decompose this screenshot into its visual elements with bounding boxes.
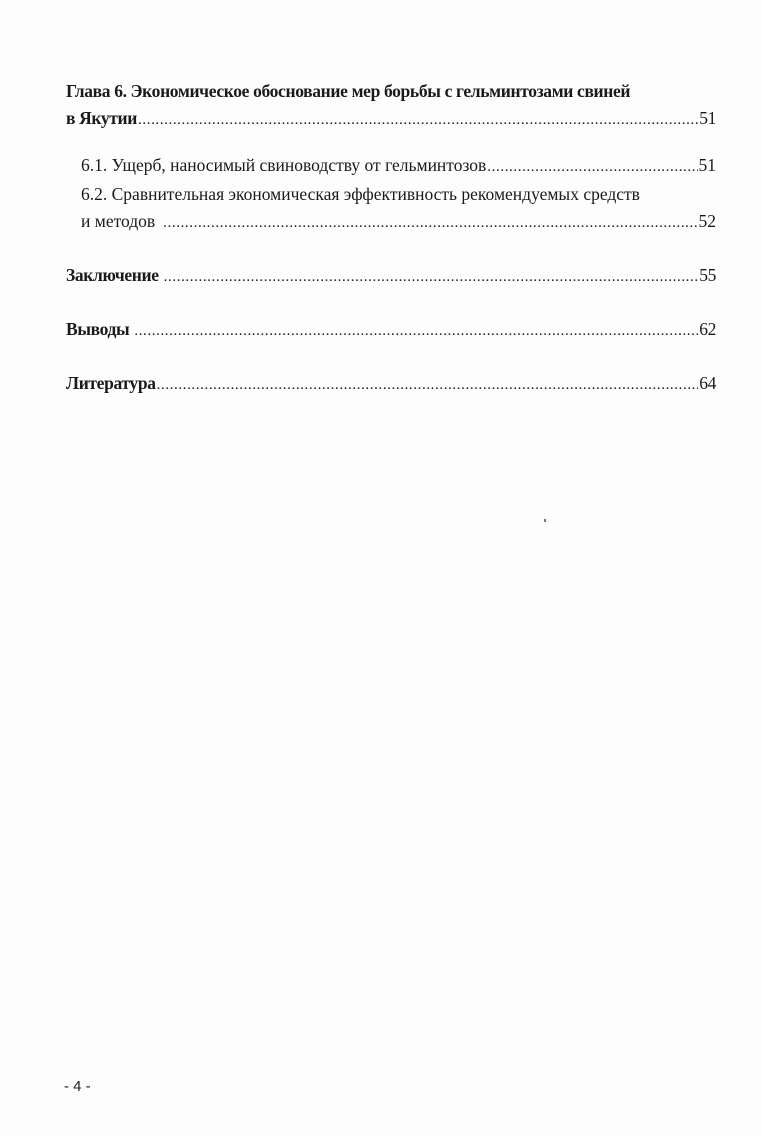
toc-entry-title-continuation: в Якутии	[66, 105, 137, 132]
toc-entry-title: Выводы	[66, 316, 129, 343]
table-of-contents: Глава 6. Экономическое обоснование мер б…	[66, 78, 716, 399]
page-number-footer: - 4 -	[64, 1078, 91, 1095]
toc-entry-6-1[interactable]: 6.1. Ущерб, наносимый свиноводству от ге…	[66, 152, 716, 181]
toc-entry-title-continuation: и методов	[81, 208, 155, 235]
dot-leader	[163, 210, 697, 237]
toc-page-number: 51	[699, 152, 717, 179]
toc-entry-title: Глава 6. Экономическое обоснование мер б…	[66, 78, 716, 105]
toc-page-number: 51	[699, 105, 716, 132]
toc-entry-title: 6.2. Сравнительная экономическая эффекти…	[81, 181, 716, 208]
toc-entry-title: Заключение	[66, 262, 159, 289]
toc-page-number: 55	[699, 262, 716, 289]
toc-entry-conclusion[interactable]: Заключение 55	[66, 262, 716, 291]
dot-leader	[157, 372, 699, 399]
dot-leader	[487, 154, 697, 181]
toc-entry-6-2[interactable]: 6.2. Сравнительная экономическая эффекти…	[66, 181, 716, 237]
toc-entry-chapter-6[interactable]: Глава 6. Экономическое обоснование мер б…	[66, 78, 716, 134]
toc-entry-title: Литература	[66, 370, 156, 397]
toc-entry-title: 6.1. Ущерб, наносимый свиноводству от ге…	[81, 152, 486, 179]
toc-page-number: 52	[699, 208, 717, 235]
dot-leader	[134, 318, 698, 345]
toc-entry-references[interactable]: Литература 64	[66, 370, 716, 399]
document-page: Глава 6. Экономическое обоснование мер б…	[0, 0, 761, 1136]
toc-entry-findings[interactable]: Выводы 62	[66, 316, 716, 345]
dot-leader	[138, 107, 698, 134]
toc-page-number: 64	[699, 370, 716, 397]
scan-artifact	[544, 519, 546, 522]
dot-leader	[164, 264, 699, 291]
toc-page-number: 62	[699, 316, 716, 343]
